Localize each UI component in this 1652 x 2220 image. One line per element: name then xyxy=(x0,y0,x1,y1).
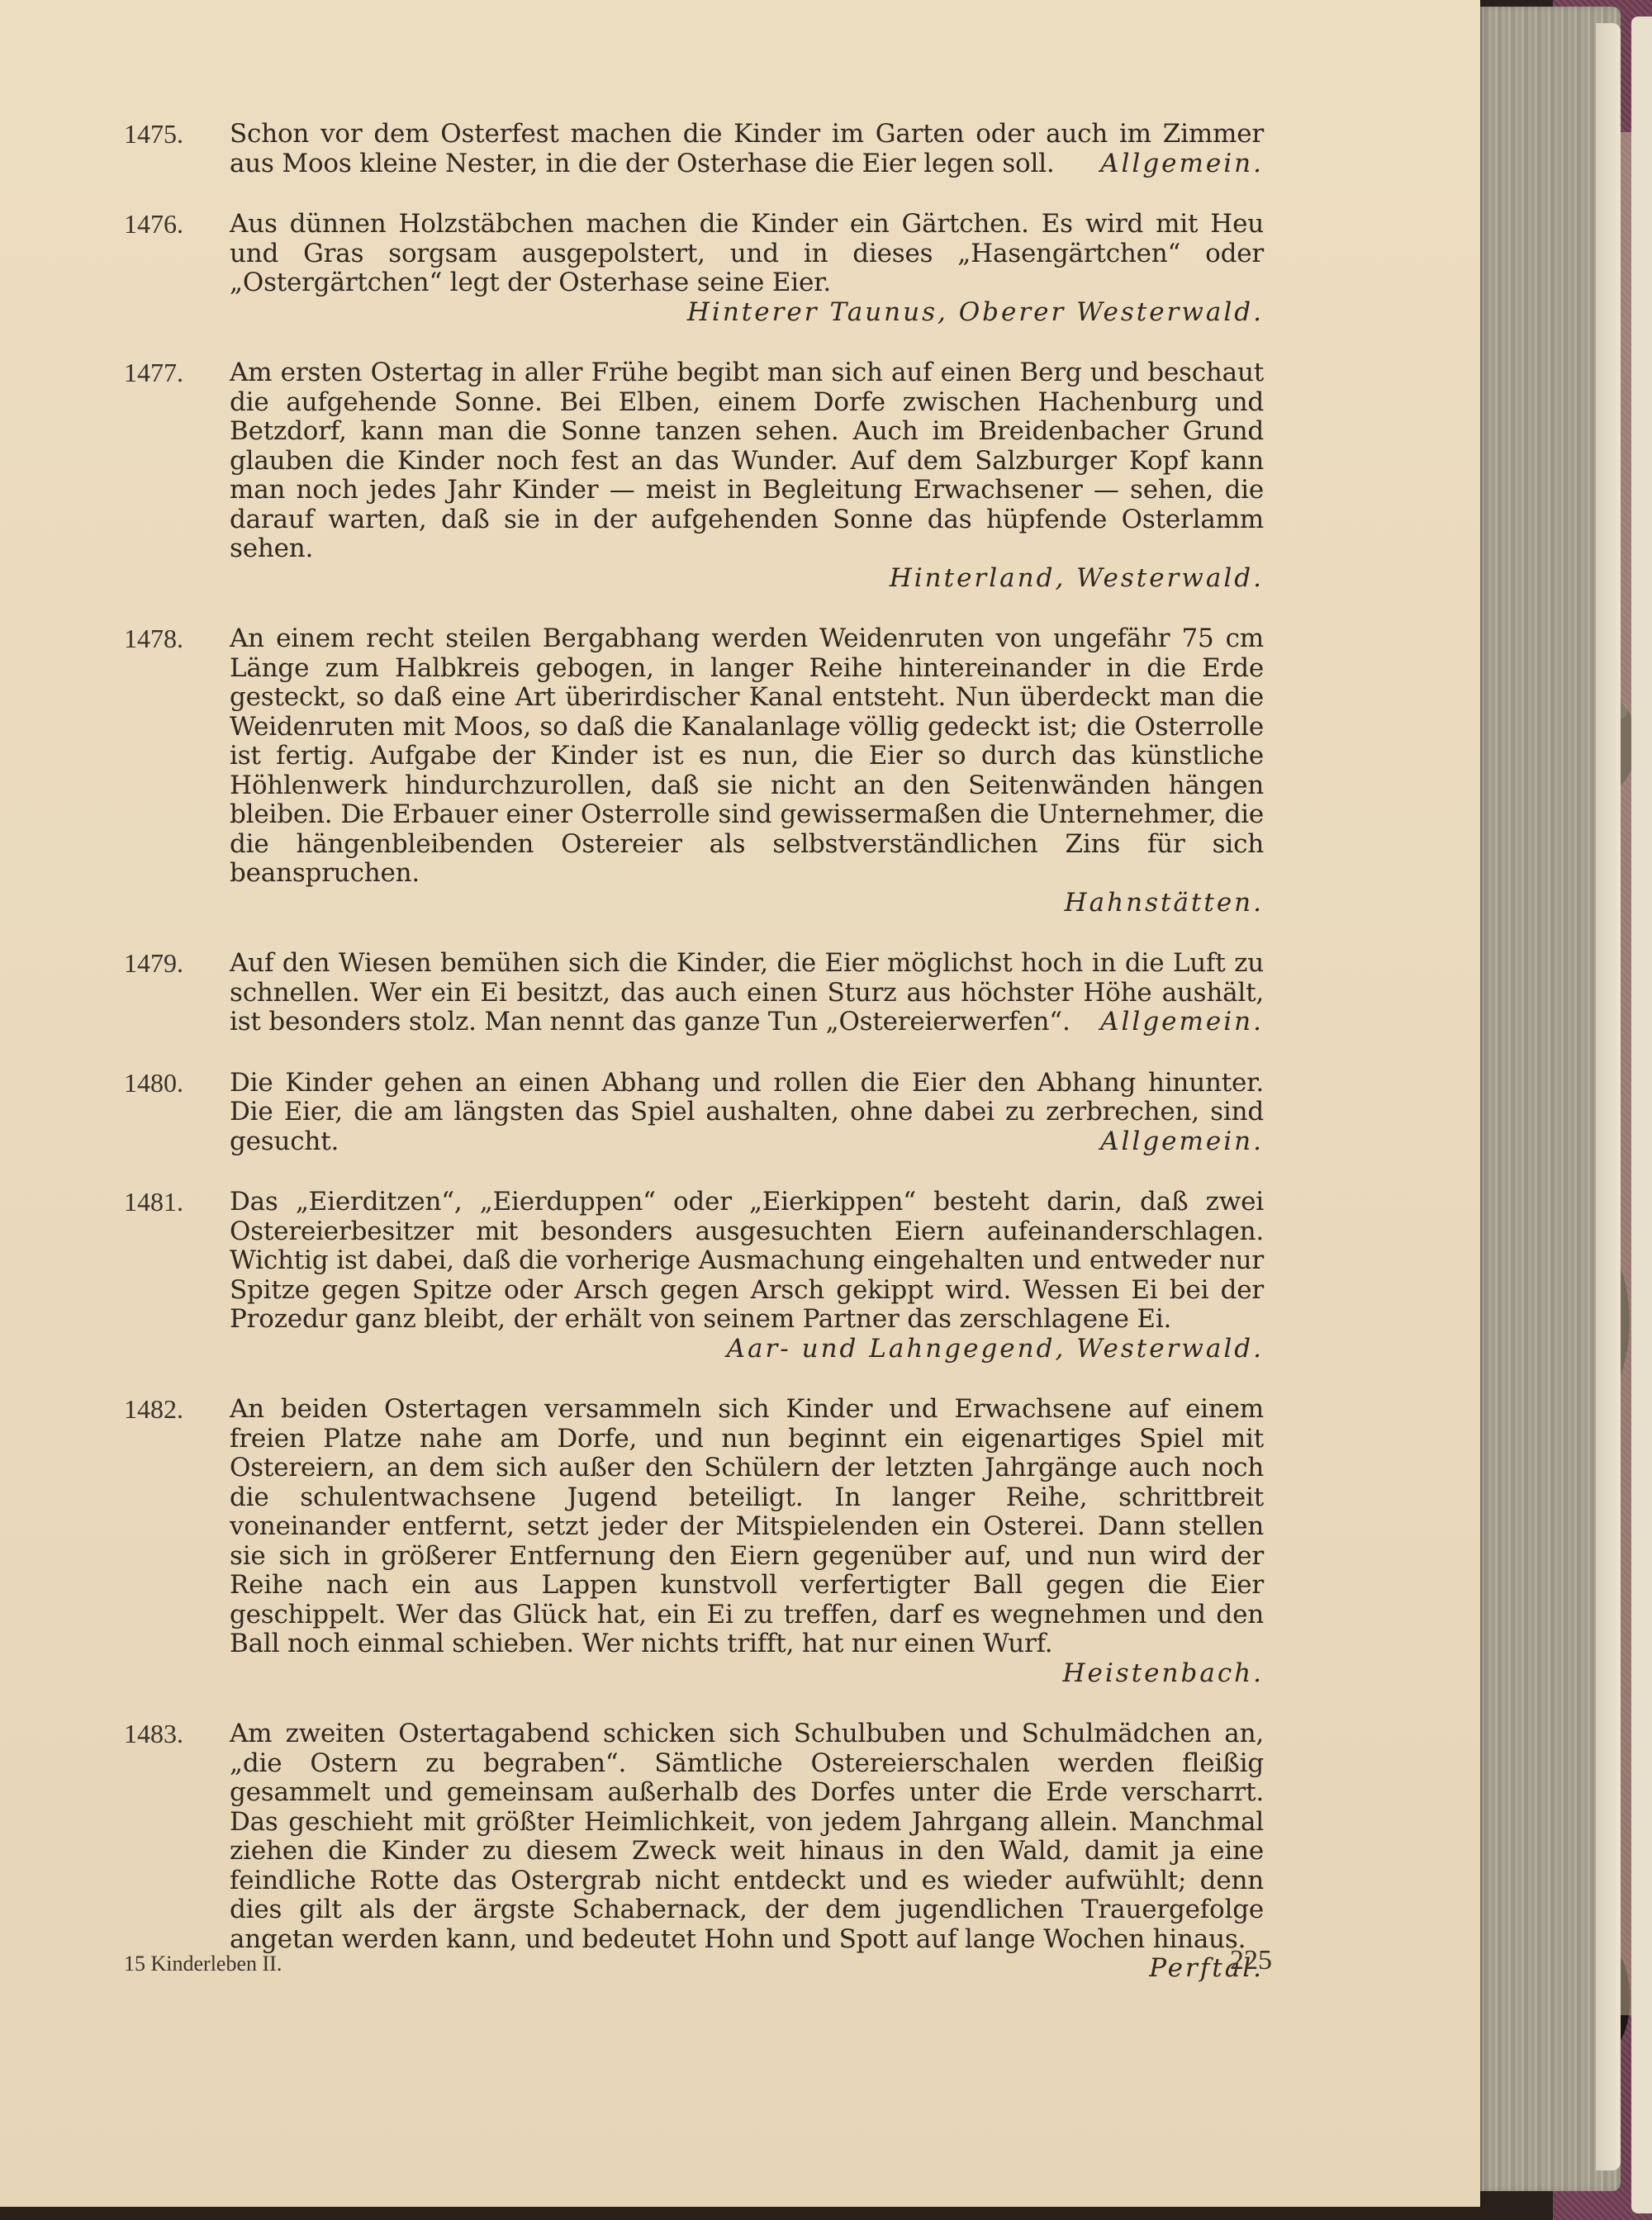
entry-number: 1480. xyxy=(124,1069,183,1098)
entry-1478: 1478. An einem recht steilen Bergabhang … xyxy=(124,624,1264,918)
entry-number: 1482. xyxy=(124,1395,183,1425)
entry-text: Aus dünnen Holzstäbchen machen die Kinde… xyxy=(230,210,1264,298)
entry-place: Allgemein. xyxy=(1100,1127,1264,1157)
entry-text: Am ersten Ostertag in aller Frühe begibt… xyxy=(230,358,1264,564)
entry-place: Hahnstätten. xyxy=(230,889,1264,918)
entry-text: An einem recht steilen Bergabhang werden… xyxy=(230,624,1264,889)
entry-1479: 1479. Auf den Wiesen bemühen sich die Ki… xyxy=(124,949,1264,1037)
entry-text: Die Kinder gehen an einen Abhang und rol… xyxy=(230,1069,1264,1157)
entry-1482: 1482. An beiden Ostertagen versammeln si… xyxy=(124,1395,1264,1688)
entry-text: Auf den Wiesen bemühen sich die Kinder, … xyxy=(230,949,1264,1037)
entry-text: Schon vor dem Osterfest machen die Kinde… xyxy=(230,120,1264,178)
entry-number: 1479. xyxy=(124,949,183,979)
entry-number: 1475. xyxy=(124,120,183,149)
page-number: 225 xyxy=(1230,1945,1272,1976)
entry-place: Heistenbach. xyxy=(1063,1659,1264,1689)
entry-place: Allgemein. xyxy=(1100,149,1264,179)
entry-1475: 1475. Schon vor dem Osterfest machen die… xyxy=(124,120,1264,178)
entry-number: 1476. xyxy=(124,210,183,240)
entry-text: Am zweiten Ostertagabend schicken sich S… xyxy=(230,1720,1264,1954)
entry-number: 1478. xyxy=(124,624,183,654)
entry-number: 1483. xyxy=(124,1720,183,1749)
entry-place: Hinterland, Westerwald. xyxy=(230,564,1264,594)
entry-number: 1477. xyxy=(124,358,183,388)
entry-place: Aar- und Lahngegend, Westerwald. xyxy=(230,1335,1264,1364)
entry-1481: 1481. Das „Eierditzen“, „Eierduppen“ ode… xyxy=(124,1188,1264,1364)
page-footer: 15 Kinderleben II. 225 xyxy=(124,1945,1272,1978)
entry-text: An beiden Ostertagen versammeln sich Kin… xyxy=(230,1395,1264,1659)
entry-1483: 1483. Am zweiten Ostertagabend schicken … xyxy=(124,1720,1264,1984)
printer-signature: 15 Kinderleben II. xyxy=(124,1952,282,1976)
entry-place: Allgemein. xyxy=(1100,1008,1264,1037)
endpaper-edge xyxy=(1631,17,1652,2213)
entry-1480: 1480. Die Kinder gehen an einen Abhang u… xyxy=(124,1069,1264,1157)
entry-1476: 1476. Aus dünnen Holzstäbchen machen die… xyxy=(124,210,1264,327)
entry-1477: 1477. Am ersten Ostertag in aller Frühe … xyxy=(124,358,1264,593)
table-shadow xyxy=(0,2207,1487,2220)
entry-place: Hinterer Taunus, Oberer Westerwald. xyxy=(230,298,1264,328)
book-page: 1475. Schon vor dem Osterfest machen die… xyxy=(0,0,1480,2207)
entry-text: Das „Eierditzen“, „Eierduppen“ oder „Eie… xyxy=(230,1188,1264,1335)
page-body: 1475. Schon vor dem Osterfest machen die… xyxy=(124,120,1264,2015)
entry-number: 1481. xyxy=(124,1188,183,1217)
page-block-edges xyxy=(1479,7,1621,2191)
